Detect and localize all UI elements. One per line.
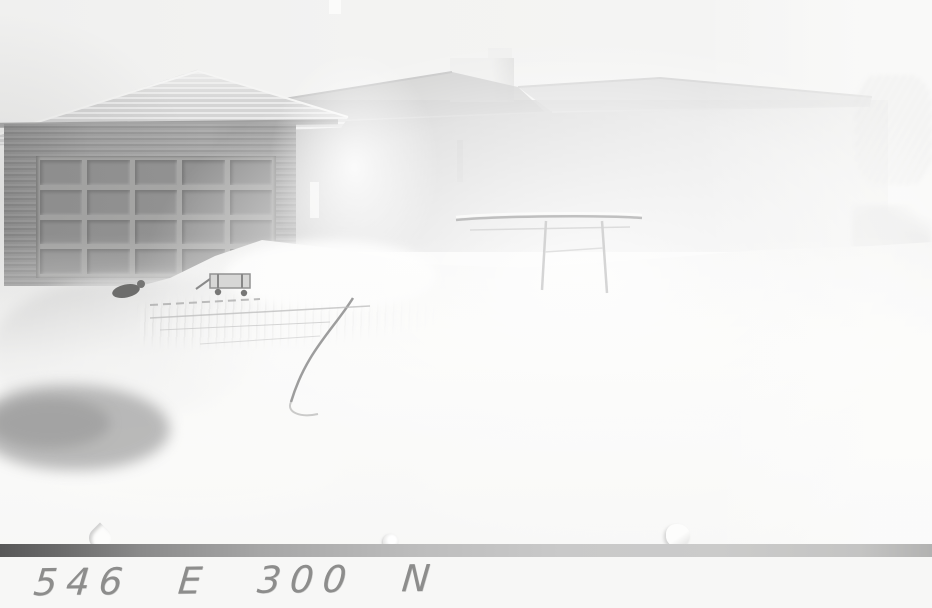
left-vignette [0, 0, 932, 557]
caption-strip: 546 E 300 N [0, 557, 932, 608]
photograph [0, 0, 932, 557]
film-edge-band [0, 544, 932, 557]
handwritten-address: 546 E 300 N [32, 557, 441, 604]
scanned-photograph-page: 546 E 300 N [0, 0, 932, 608]
